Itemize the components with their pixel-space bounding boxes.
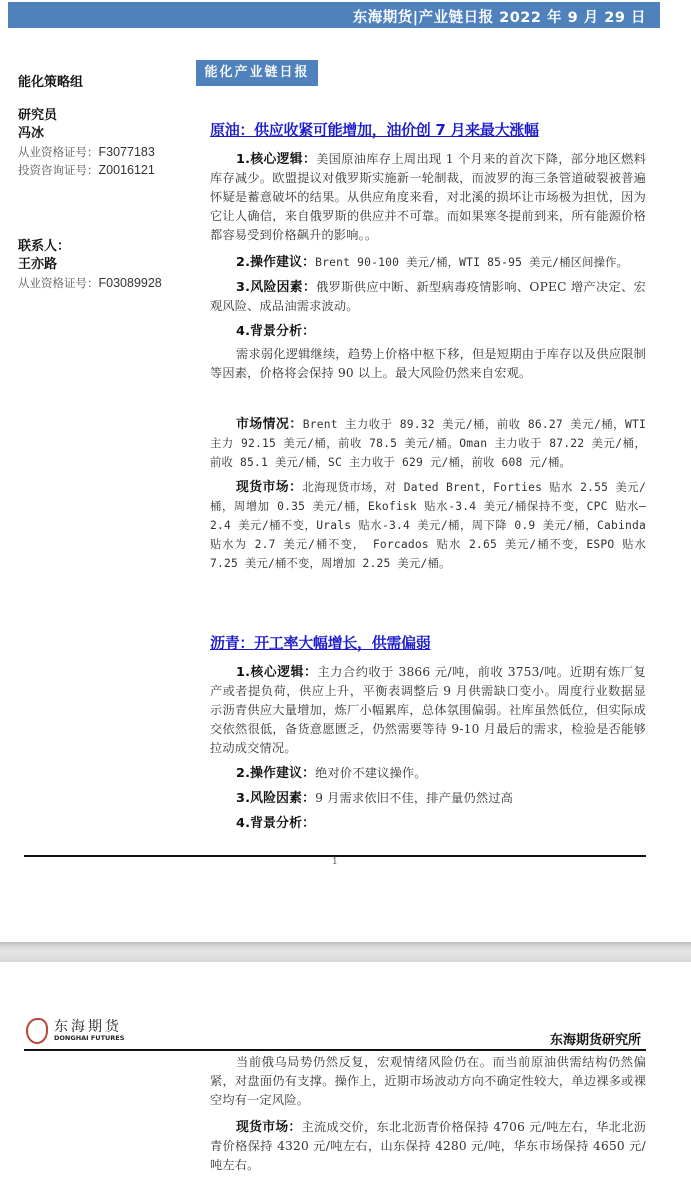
- dragon-logo-icon: [26, 1018, 48, 1044]
- asphalt-risk-factors: 3.风险因素：9 月需求依旧不佳，排产量仍然过高: [210, 789, 646, 808]
- crude-oil-title[interactable]: 原油：供应收紧可能增加，油价创 7 月来最大涨幅: [210, 119, 646, 140]
- crude-background-text: 需求弱化逻辑继续，趋势上价格中枢下移，但是短期由于库存以及供应限制等因素，价格将…: [210, 345, 646, 383]
- qualification-cert: 从业资格证号：F3077183: [18, 143, 155, 161]
- cert-label: 从业资格证号：: [18, 145, 99, 159]
- crude-risk-factors: 3.风险因素：俄罗斯供应中断、新型病毒疫情影响、OPEC 增产决定、宏观风险、成…: [210, 278, 646, 316]
- cert-number: F3077183: [99, 145, 155, 159]
- logo-english-text: DONGHAI FUTURES: [54, 1034, 124, 1042]
- asphalt-continued: 当前俄乌局势仍然反复，宏观情绪风险仍在。而当前原油供需结构仍然偏紧，对盘面仍有支…: [210, 1053, 646, 1175]
- asphalt-spot-market: 现货市场：主流成交价，东北北沥青价格保持 4706 元/吨左右，华北北沥青价格保…: [210, 1118, 646, 1175]
- cert-number: F03089928: [99, 276, 162, 290]
- cert-number: Z0016121: [99, 163, 155, 177]
- crude-operation-advice: 2.操作建议：Brent 90-100 美元/桶，WTI 85-95 美元/桶区…: [210, 253, 646, 272]
- crude-background-label: 4.背景分析：: [210, 322, 646, 341]
- asphalt-title[interactable]: 沥青：开工率大幅增长，供需偏弱: [210, 632, 646, 653]
- donghai-logo: 东海期货 DONGHAI FUTURES: [24, 1016, 134, 1046]
- asphalt-background-label: 4.背景分析：: [210, 814, 646, 833]
- researcher-block: 研究员 冯冰 从业资格证号：F3077183 投资咨询证号：Z0016121: [18, 107, 155, 179]
- logo-chinese-text: 东海期货: [54, 1016, 122, 1036]
- crude-core-logic: 1.核心逻辑：美国原油库存上周出现 1 个月来的首次下降，部分地区燃料库存减少。…: [210, 150, 646, 245]
- researcher-label: 研究员: [18, 107, 155, 125]
- report-page-2: 东海期货 DONGHAI FUTURES 东海期货研究所 当前俄乌局势仍然反复，…: [0, 962, 691, 1195]
- asphalt-core-logic: 1.核心逻辑：主力合约收于 3866 元/吨，前收 3753/吨。近期有炼厂复产…: [210, 663, 646, 758]
- page-number: 1: [332, 857, 338, 867]
- report-header-title: 东海期货|产业链日报 2022 年 9 月 29 日: [353, 6, 646, 27]
- strategy-group-label: 能化策略组: [18, 71, 83, 90]
- asphalt-background-text: 当前俄乌局势仍然反复，宏观情绪风险仍在。而当前原油供需结构仍然偏紧，对盘面仍有支…: [210, 1053, 646, 1110]
- report-type-tag: 能化产业链日报: [196, 60, 318, 86]
- institute-name: 东海期货研究所: [550, 1029, 641, 1048]
- report-page-1: 东海期货|产业链日报 2022 年 9 月 29 日 能化策略组 研究员 冯冰 …: [0, 0, 691, 942]
- contact-name: 王亦路: [18, 256, 162, 274]
- cert-label: 投资咨询证号：: [18, 163, 99, 177]
- contact-block: 联系人： 王亦路 从业资格证号：F03089928: [18, 238, 162, 292]
- page-separator: [0, 942, 691, 962]
- consulting-cert: 投资咨询证号：Z0016121: [18, 161, 155, 179]
- contact-cert: 从业资格证号：F03089928: [18, 274, 162, 292]
- crude-market-situation: 市场情况：Brent 主力收于 89.32 美元/桶，前收 86.27 美元/桶…: [210, 415, 646, 472]
- asphalt-section: 沥青：开工率大幅增长，供需偏弱 1.核心逻辑：主力合约收于 3866 元/吨，前…: [210, 632, 646, 833]
- crude-spot-market: 现货市场：北海现货市场，对 Dated Brent，Forties 贴水 2.5…: [210, 478, 646, 573]
- report-header-bar: 东海期货|产业链日报 2022 年 9 月 29 日: [8, 2, 660, 28]
- asphalt-operation-advice: 2.操作建议：绝对价不建议操作。: [210, 764, 646, 783]
- contact-label: 联系人：: [18, 238, 162, 256]
- header-divider: [24, 1049, 646, 1051]
- researcher-name: 冯冰: [18, 125, 155, 143]
- crude-oil-section: 原油：供应收紧可能增加，油价创 7 月来最大涨幅 1.核心逻辑：美国原油库存上周…: [210, 119, 646, 573]
- cert-label: 从业资格证号：: [18, 276, 99, 290]
